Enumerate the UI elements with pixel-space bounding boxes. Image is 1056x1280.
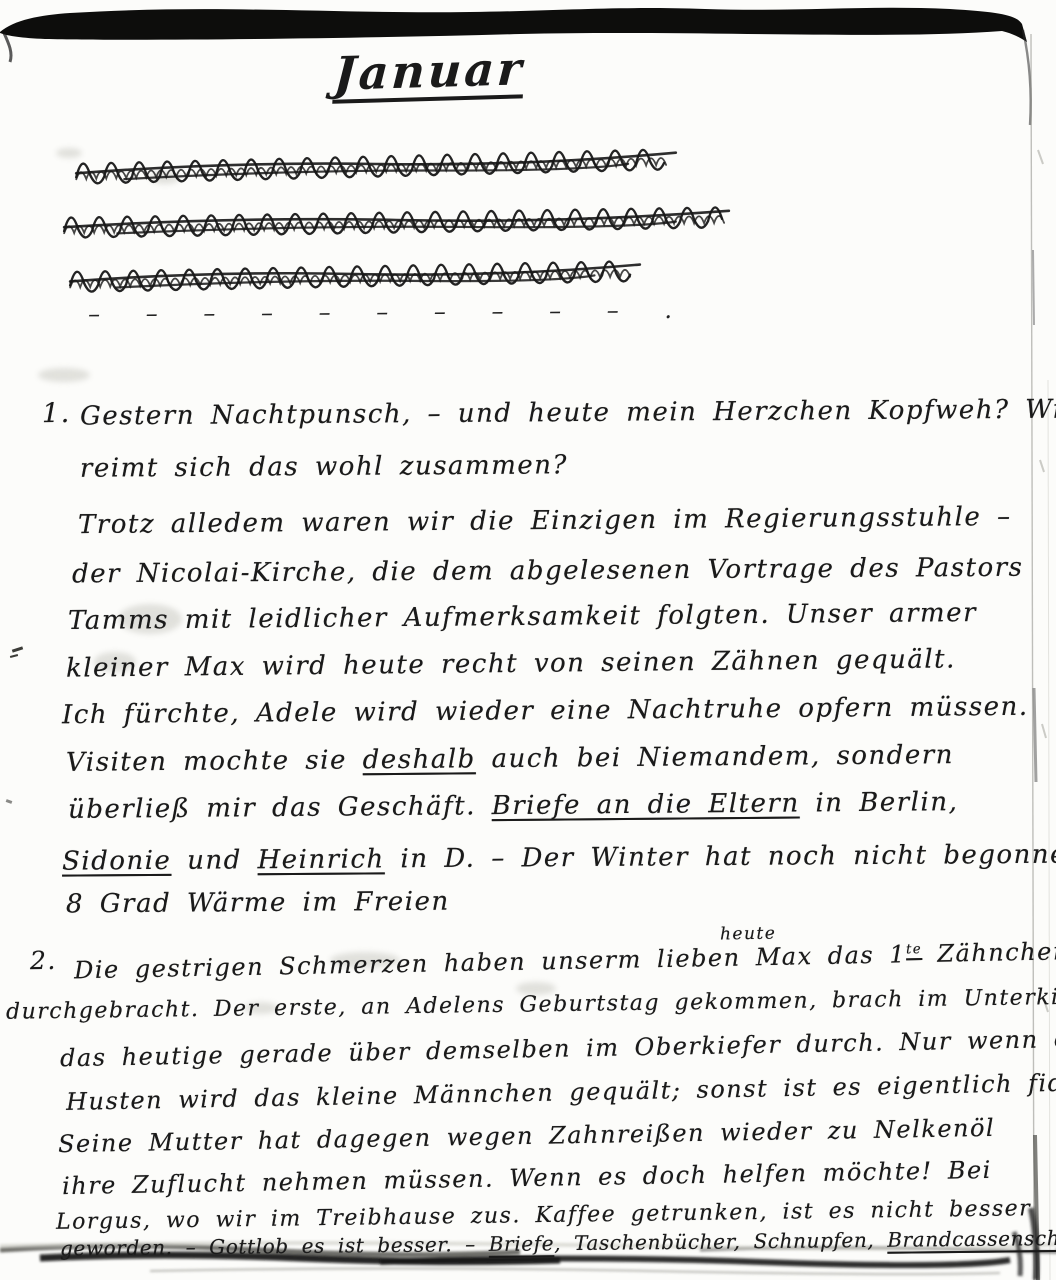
handwriting-segment: kleiner Max wird heute recht von seinen … bbox=[66, 644, 956, 683]
manuscript-line: Seine Mutter hat dagegen wegen Zahnreiße… bbox=[58, 1114, 996, 1158]
manuscript-line: 8 Grad Wärme im Freien bbox=[66, 887, 450, 920]
handwriting-segment: te bbox=[906, 942, 922, 957]
margin-pen-mark bbox=[10, 654, 18, 658]
manuscript-line: Trotz alledem waren wir die Einzigen im … bbox=[78, 502, 1012, 540]
handwriting-segment: Seine Mutter hat dagegen wegen Zahnreiße… bbox=[58, 1114, 996, 1158]
interlinear-insertion: heute bbox=[720, 924, 777, 945]
manuscript-line: Tamms mit leidlicher Aufmerksamkeit folg… bbox=[68, 598, 977, 636]
handwriting-segment: auch bei Niemandem, sondern bbox=[476, 740, 954, 774]
margin-pen-mark bbox=[6, 799, 13, 804]
dashed-separator: – – – – – – – – – – . bbox=[88, 296, 672, 328]
handwriting-segment: und bbox=[171, 845, 257, 876]
struck-out-line bbox=[70, 247, 641, 302]
manuscript-line: Ich fürchte, Adele wird wieder eine Nach… bbox=[62, 692, 1029, 730]
handwriting-segment: Briefe bbox=[489, 1231, 555, 1256]
entry-number: 1. bbox=[42, 398, 71, 429]
handwriting-segment: Briefe an die Eltern bbox=[492, 789, 800, 822]
handwriting-segment: überließ mir das Geschäft. bbox=[68, 791, 492, 825]
handwriting-segment: Heinrich bbox=[257, 844, 384, 875]
manuscript-line: Die gestrigen Schmerzen haben unserm lie… bbox=[74, 936, 1056, 985]
ink-smudge bbox=[38, 368, 90, 382]
manuscript-page: Januar – – – – – – – – – – . 1.Gestern N… bbox=[0, 0, 1056, 1280]
handwriting-segment: in Berlin, bbox=[799, 787, 958, 818]
handwriting-segment: ihre Zuflucht nehmen müssen. Wenn es doc… bbox=[62, 1156, 992, 1200]
handwriting-segment: deshalb bbox=[363, 744, 476, 775]
margin-pen-mark bbox=[12, 646, 23, 652]
handwriting-segment: Ich fürchte, Adele wird wieder eine Nach… bbox=[62, 692, 1029, 730]
handwriting-segment: Brandcassenschein bbox=[887, 1226, 1056, 1252]
handwriting-segment: das heutige gerade über demselben im Obe… bbox=[60, 1024, 1056, 1073]
manuscript-line: kleiner Max wird heute recht von seinen … bbox=[66, 644, 956, 683]
handwriting-segment: reimt sich das wohl zusammen? bbox=[80, 450, 568, 483]
handwriting-segment: in D. – Der Winter hat noch nicht begonn… bbox=[385, 839, 1056, 874]
manuscript-line: ihre Zuflucht nehmen müssen. Wenn es doc… bbox=[62, 1156, 992, 1200]
manuscript-line: Gestern Nachtpunsch, – und heute mein He… bbox=[80, 395, 1056, 432]
page-top-edge bbox=[0, 8, 1027, 42]
page-title: Januar bbox=[332, 41, 526, 100]
handwriting-segment: Visiten mochte sie bbox=[66, 745, 363, 778]
handwriting-segment: heute bbox=[720, 924, 777, 945]
handwriting-segment: der Nicolai-Kirche, die dem abgelesenen … bbox=[72, 553, 1024, 590]
manuscript-line: überließ mir das Geschäft. Briefe an die… bbox=[68, 787, 959, 825]
handwriting-segment: Tamms mit leidlicher Aufmerksamkeit folg… bbox=[68, 598, 977, 636]
handwriting-segment: 8 Grad Wärme im Freien bbox=[66, 887, 450, 920]
manuscript-line: Sidonie und Heinrich in D. – Der Winter … bbox=[62, 839, 1056, 876]
handwriting-segment: geworden. – Gottlob es ist besser. – bbox=[60, 1232, 489, 1260]
manuscript-line: reimt sich das wohl zusammen? bbox=[80, 450, 568, 483]
handwriting-segment: Sidonie bbox=[62, 846, 172, 877]
handwriting-segment: Zähnchen ganz bbox=[922, 936, 1056, 968]
handwriting-segment: , Taschenbücher, Schnupfen, bbox=[554, 1228, 887, 1255]
manuscript-line: Visiten mochte sie deshalb auch bei Niem… bbox=[66, 740, 954, 778]
struck-out-line bbox=[64, 193, 730, 247]
handwriting-segment: 1. bbox=[42, 398, 71, 429]
entry-number: 2. bbox=[30, 946, 57, 975]
struck-out-line bbox=[76, 135, 677, 194]
manuscript-line: das heutige gerade über demselben im Obe… bbox=[60, 1024, 1056, 1073]
manuscript-line: der Nicolai-Kirche, die dem abgelesenen … bbox=[72, 553, 1024, 590]
handwriting-segment: Gestern Nachtpunsch, – und heute mein He… bbox=[80, 395, 1056, 432]
handwriting-segment: Husten wird das kleine Männchen gequält;… bbox=[66, 1068, 1056, 1116]
manuscript-line: Husten wird das kleine Männchen gequält;… bbox=[66, 1068, 1056, 1116]
handwriting-segment: Die gestrigen Schmerzen haben unserm lie… bbox=[74, 940, 907, 984]
handwriting-segment: Trotz alledem waren wir die Einzigen im … bbox=[78, 502, 1012, 540]
handwriting-segment: 2. bbox=[30, 946, 57, 975]
